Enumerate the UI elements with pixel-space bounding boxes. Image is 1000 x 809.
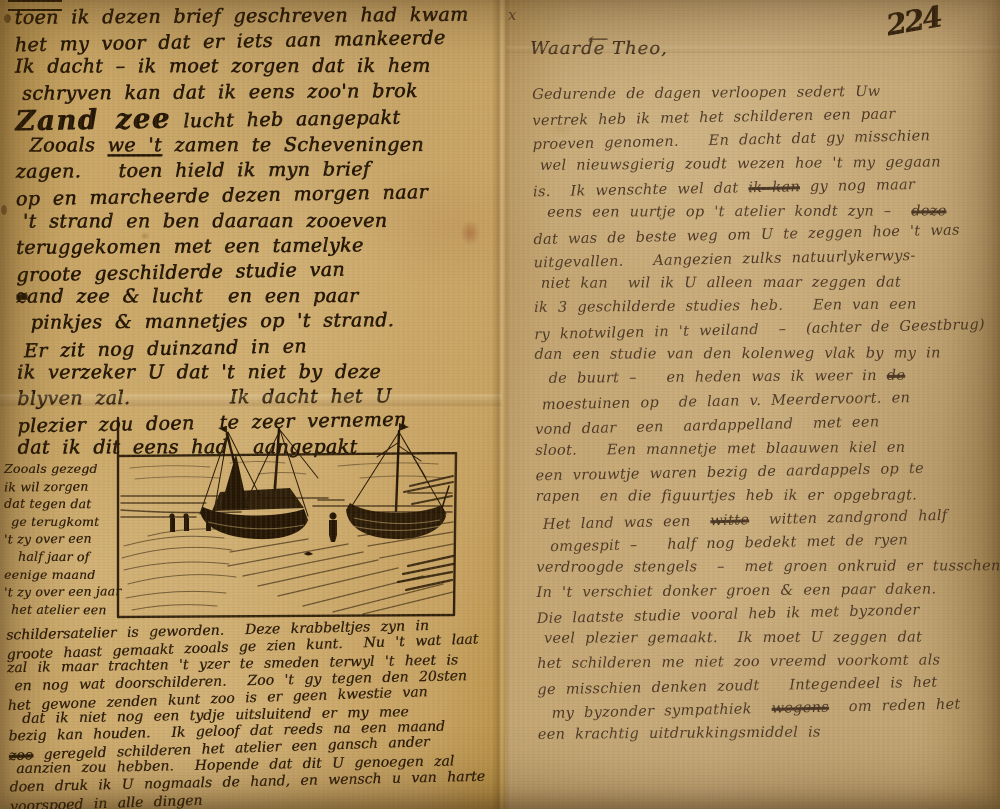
handwriting-line: ik verzeker U dat 't niet by deze — [17, 359, 497, 385]
corner-x-mark: x — [508, 6, 516, 24]
right-page-text: Gedurende de dagen verloopen sedert Uwve… — [532, 80, 990, 748]
handwriting-line: 't strand en ben daaraan zooeven — [23, 208, 496, 234]
letter-scan: toen ik dezen brief geschreven had kwamh… — [0, 0, 1000, 809]
beach-boats-sketch — [108, 416, 464, 622]
left-page-text-bottom: schildersatelier is geworden. Deze krabb… — [6, 616, 500, 809]
handwriting-line: niet kan wil ik U alleen maar zeggen dat — [541, 271, 986, 296]
handwriting-line: Ik dacht – ik moet zorgen dat ik hem — [15, 54, 495, 80]
handwriting-line: eenige maand — [4, 566, 110, 584]
salutation: Waarde Theo, — [530, 38, 668, 59]
handwriting-line: Zooals gezegd — [4, 460, 110, 478]
handwriting-line: half jaar of — [18, 548, 110, 566]
left-page-margin-text: Zooals gezegdik wil zorgendat tegen datg… — [4, 460, 110, 618]
handwriting-line: dan een studie van den kolenweg vlak by … — [534, 342, 986, 367]
handwriting-line: Zooals we 't zamen te Scheveningen — [29, 133, 495, 159]
handwriting-line: veel plezier gemaakt. Ik moet U zeggen d… — [544, 626, 989, 651]
handwriting-line: verdroogde stengels – met groen onkruid … — [536, 555, 988, 580]
left-page-text-top: toen ik dezen brief geschreven had kwamh… — [14, 2, 497, 462]
handwriting-line: dat tegen dat — [4, 495, 110, 513]
handwriting-line: het atelier een — [11, 600, 110, 618]
handwriting-line: 't zy over een jaar — [4, 583, 110, 602]
handwriting-line: ik wil zorgen — [4, 477, 110, 496]
handwriting-line: 't zy over een — [4, 530, 110, 549]
handwriting-line: ge terugkomt — [11, 513, 110, 531]
handwriting-line: zand zee & lucht en een paar — [16, 284, 496, 310]
